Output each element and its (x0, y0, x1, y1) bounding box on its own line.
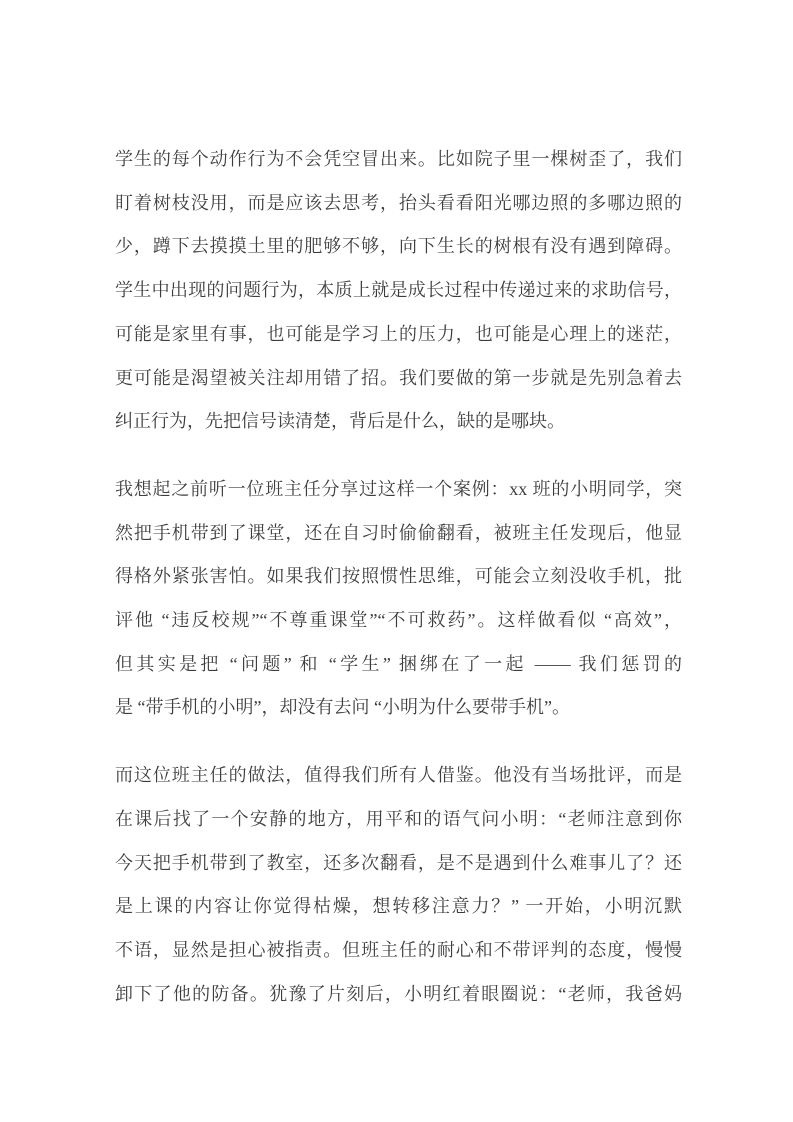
document-page: 学生的每个动作行为不会凭空冒出来。比如院子里一棵树歪了，我们 盯着树枝没用，而是… (0, 0, 793, 1122)
text-line: 在课后找了一个安静的地方，用平和的语气问小明：“老师注意到你 (115, 798, 682, 842)
text-line: 更可能是渴望被关注却用错了招。我们要做的第一步就是先别急着去 (115, 357, 682, 401)
paragraph-1: 学生的每个动作行为不会凭空冒出来。比如院子里一棵树歪了，我们 盯着树枝没用，而是… (115, 138, 682, 444)
text-line: 不语，显然是担心被指责。但班主任的耐心和不带评判的态度，慢慢 (115, 929, 682, 973)
paragraph-3: 而这位班主任的做法，值得我们所有人借鉴。他没有当场批评，而是 在课后找了一个安静… (115, 754, 682, 1016)
text-line: 盯着树枝没用，而是应该去思考，抬头看看阳光哪边照的多哪边照的 (115, 182, 682, 226)
text-line: 学生中出现的问题行为，本质上就是成长过程中传递过来的求助信号， (115, 269, 682, 313)
paragraph-2: 我想起之前听一位班主任分享过这样一个案例：xx 班的小明同学，突 然把手机带到了… (115, 468, 682, 730)
text-line: 纠正行为，先把信号读清楚，背后是什么，缺的是哪块。 (115, 400, 682, 444)
text-block: 学生的每个动作行为不会凭空冒出来。比如院子里一棵树歪了，我们 盯着树枝没用，而是… (115, 138, 682, 1040)
text-line: 得格外紧张害怕。如果我们按照惯性思维，可能会立刻没收手机，批 (115, 555, 682, 599)
text-line: 然把手机带到了课堂，还在自习时偷偷翻看，被班主任发现后，他显 (115, 512, 682, 556)
text-line: 是 “带手机的小明”，却没有去问 “小明为什么要带手机”。 (115, 686, 682, 730)
text-line: 我想起之前听一位班主任分享过这样一个案例：xx 班的小明同学，突 (115, 468, 682, 512)
text-line: 少，蹲下去摸摸土里的肥够不够，向下生长的树根有没有遇到障碍。 (115, 225, 682, 269)
text-line: 卸下了他的防备。犹豫了片刻后，小明红着眼圈说：“老师，我爸妈 (115, 973, 682, 1017)
text-line: 但其实是把 “问题” 和 “学生” 捆绑在了一起 —— 我们惩罚的 (115, 643, 682, 687)
text-line: 是上课的内容让你觉得枯燥，想转移注意力？” 一开始，小明沉默 (115, 885, 682, 929)
text-line: 可能是家里有事，也可能是学习上的压力，也可能是心理上的迷茫， (115, 313, 682, 357)
text-line: 学生的每个动作行为不会凭空冒出来。比如院子里一棵树歪了，我们 (115, 138, 682, 182)
text-line: 今天把手机带到了教室，还多次翻看，是不是遇到什么难事儿了？还 (115, 842, 682, 886)
text-line: 评他 “违反校规”“不尊重课堂”“不可救药”。这样做看似 “高效”， (115, 599, 682, 643)
text-line: 而这位班主任的做法，值得我们所有人借鉴。他没有当场批评，而是 (115, 754, 682, 798)
